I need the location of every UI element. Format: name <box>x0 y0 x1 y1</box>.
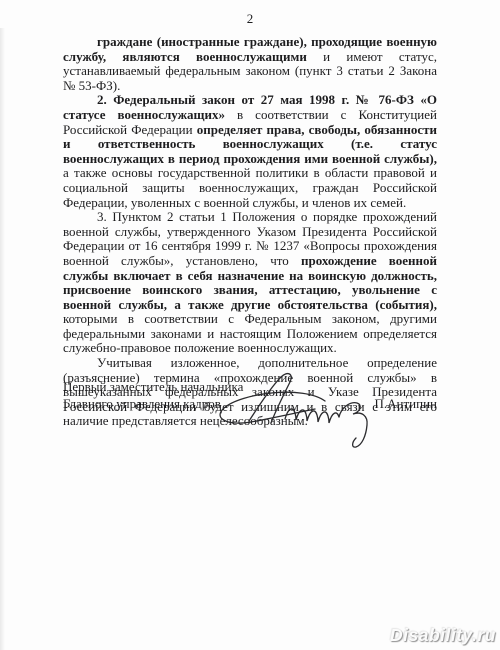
scan-edge-shadow <box>0 28 5 650</box>
document-page: 2 граждане (иностранные граждане), прохо… <box>0 0 500 650</box>
watermark: Disability.ru <box>390 625 496 646</box>
text-segment: которыми в соответствии с Федеральным за… <box>63 311 437 355</box>
paragraph: 3. Пунктом 2 статьи 1 Положения о порядк… <box>63 210 437 356</box>
text-segment: а также основы государственной политики … <box>63 165 437 209</box>
signatory-name: П.Антипин <box>375 396 438 413</box>
handwritten-signature-icon <box>211 367 383 453</box>
page-number: 2 <box>0 11 500 27</box>
paragraph: граждане (иностранные граждане), проходя… <box>63 35 437 93</box>
paragraph: 2. Федеральный закон от 27 мая 1998 г. №… <box>63 93 437 210</box>
signature-block: Первый заместитель начальника Главного у… <box>63 379 437 412</box>
